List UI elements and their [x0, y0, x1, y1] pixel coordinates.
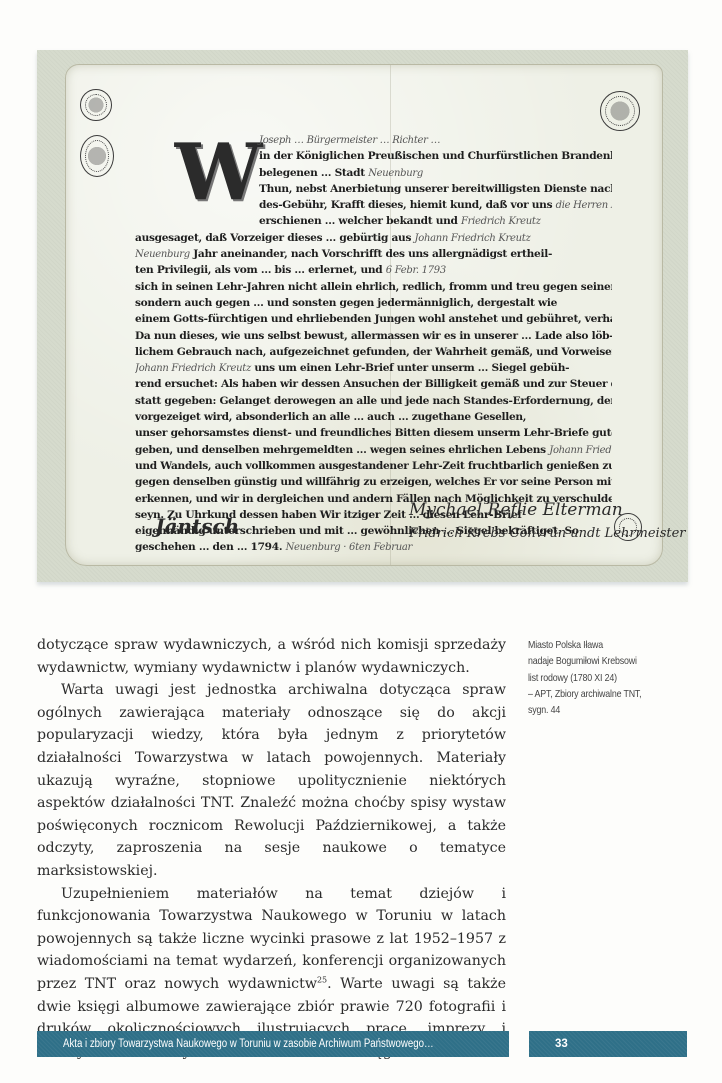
signature-krebs: Fridrich Krebs Convrün undt Lehrmeister: [409, 526, 686, 541]
footnote-ref-25[interactable]: 25: [317, 975, 327, 984]
doc-print: Jahr aneinander, nach Vorschrifft des un…: [193, 248, 552, 260]
doc-line: in der Königlichen Preußischen und Churf…: [147, 148, 612, 164]
doc-line: Thun, nebst Anerbietung unserer bereitwi…: [147, 181, 612, 197]
doc-print: erschienen … welcher bekandt und: [259, 215, 458, 227]
doc-handwriting: Johann Friedrich Kreutz: [135, 363, 251, 374]
doc-line: rend ersuchet: Als haben wir dessen Ansu…: [135, 376, 612, 392]
doc-line: Johann Friedrich Kreutz uns um einen Leh…: [135, 360, 612, 376]
article-body: dotyczące spraw wydawniczych, a wśród ni…: [37, 634, 506, 1063]
caption-line: Miasto Polska Iława: [528, 638, 674, 654]
doc-handwriting: Friedrich Kreutz: [461, 216, 541, 227]
doc-line: geben, und denselben mehrgemeldten … weg…: [135, 442, 612, 458]
document-printed-text: Joseph … Bürgermeister … Richter … in de…: [147, 132, 612, 556]
doc-handwriting: Neuenburg: [368, 168, 423, 179]
seal-top-right-icon: [600, 91, 640, 131]
doc-line: vorgezeiget wird, absonderlich an alle ……: [135, 409, 612, 425]
doc-handwriting: 6 Febr. 1793: [386, 265, 446, 276]
paragraph: Warta uwagi jest jednostka archiwalna do…: [37, 679, 506, 882]
doc-line: ausgesaget, daß Vorzeiger dieses … gebür…: [135, 230, 612, 246]
doc-handwriting: Neuenburg · 6ten Februar: [286, 542, 412, 553]
figure-caption: Miasto Polska Iława nadaje Bogumiłowi Kr…: [528, 638, 674, 719]
running-title: Akta i zbiory Towarzystwa Naukowego w To…: [63, 1031, 434, 1057]
paragraph: dotyczące spraw wydawniczych, a wśród ni…: [37, 634, 506, 679]
doc-line: gegen denselben günstig und willfährig z…: [135, 474, 612, 490]
page-number-box: 33: [529, 1031, 687, 1057]
doc-print: des-Gebühr, Krafft dieses, hiemit kund, …: [259, 199, 552, 211]
doc-print: geben, und denselben mehrgemeldten … weg…: [135, 444, 546, 456]
doc-line: sich in seinen Lehr-Jahren nicht allein …: [135, 279, 612, 295]
document-photo: W Joseph … Bürgermeister … Richter … in …: [37, 50, 688, 582]
doc-line: unser gehorsamstes dienst- und freundlic…: [135, 425, 612, 441]
seal-top-left-icon: [80, 89, 112, 121]
doc-print: ten Privilegii, als vom … bis … erlernet…: [135, 264, 382, 276]
doc-print: ausgesaget, daß Vorzeiger dieses … gebür…: [135, 232, 411, 244]
doc-handwriting: Joseph … Bürgermeister … Richter …: [259, 135, 440, 146]
doc-line: lichem Gebrauch nach, aufgezeichnet gefu…: [135, 344, 612, 360]
doc-line: Joseph … Bürgermeister … Richter …: [147, 132, 612, 148]
caption-line: list rodowy (1780 XI 24): [528, 671, 674, 687]
doc-handwriting: die Herren Landes: [556, 200, 612, 211]
caption-line: nadaje Bogumiłowi Krebsowi: [528, 654, 674, 670]
doc-line: belegenen … Stadt Neuenburg: [147, 165, 612, 181]
doc-print: belegenen … Stadt: [259, 167, 365, 179]
doc-handwriting: Neuenburg: [135, 249, 190, 260]
running-footer: Akta i zbiory Towarzystwa Naukowego w To…: [37, 1031, 509, 1057]
seal-left-eagle-icon: [80, 135, 114, 177]
doc-handwriting: Johann Friedrich Kreutz: [415, 233, 531, 244]
doc-handwriting: Johann Friedrich Kreutz: [549, 445, 612, 456]
doc-line: Da nun dieses, wie uns selbst bewust, al…: [135, 328, 612, 344]
doc-line: ten Privilegii, als vom … bis … erlernet…: [135, 262, 612, 278]
doc-line: erschienen … welcher bekandt und Friedri…: [147, 213, 612, 229]
doc-line: geschehen … den … 1794. Neuenburg · 6ten…: [135, 539, 612, 555]
caption-line: sygn. 44: [528, 703, 674, 719]
signature-left: Jäntsch: [155, 514, 239, 538]
doc-line: des-Gebühr, Krafft dieses, hiemit kund, …: [147, 197, 612, 213]
signature-elterman: Mychael Reflie Elterman: [409, 500, 623, 520]
doc-line: statt gegeben: Gelanget derowegen an all…: [135, 393, 612, 409]
caption-line: – APT, Zbiory archiwalne TNT,: [528, 687, 674, 703]
doc-line: sondern auch gegen … und sonsten gegen j…: [135, 295, 612, 311]
doc-line: und Wandels, auch vollkommen ausgestande…: [135, 458, 612, 474]
doc-print: uns um einen Lehr-Brief unter unserm … S…: [254, 362, 569, 374]
doc-line: einem Gotts-fürchtigen und ehrliebenden …: [135, 311, 612, 327]
doc-print: geschehen … den … 1794.: [135, 541, 282, 553]
doc-line: Neuenburg Jahr aneinander, nach Vorschri…: [135, 246, 612, 262]
page-number: 33: [555, 1038, 568, 1050]
